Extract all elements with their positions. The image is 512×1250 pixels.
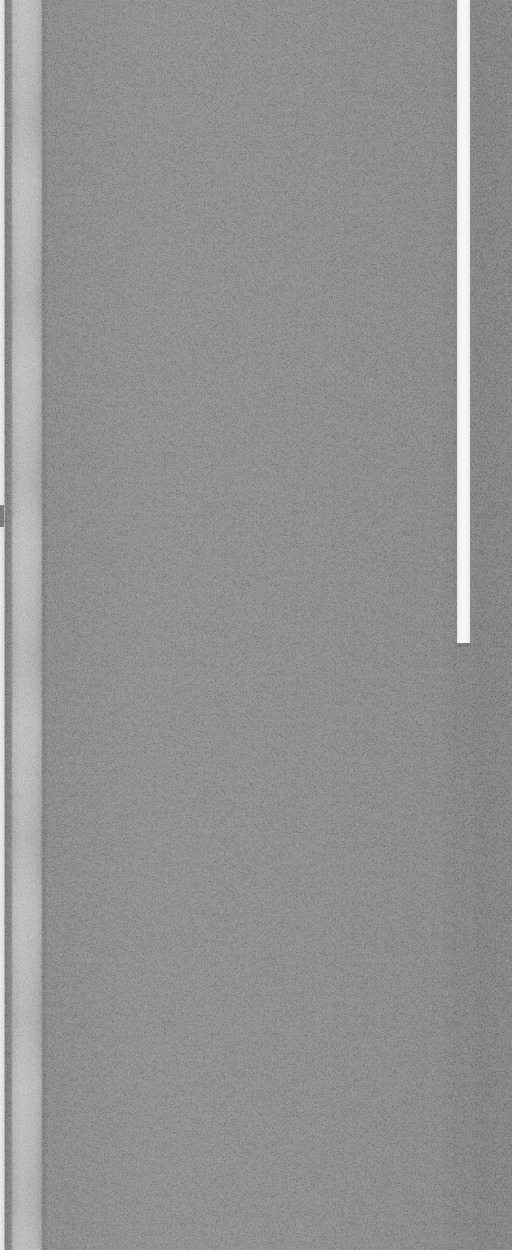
road-surface-image: Top-down view of a grey asphalt road sur… [0,0,512,1250]
asphalt-speckle [0,0,512,1250]
